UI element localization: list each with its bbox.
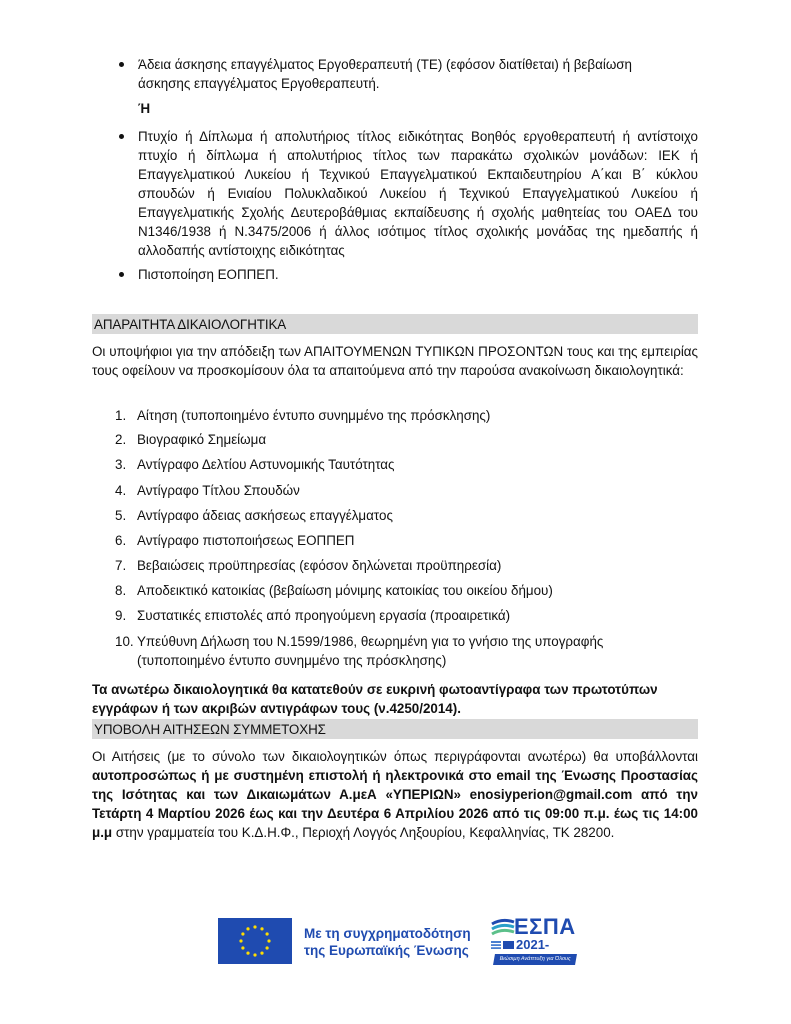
document-page: Άδεια άσκησης επαγγέλματος Εργοθεραπευτή… [0, 0, 791, 1024]
required-docs-note: Τα ανωτέρω δικαιολογητικά θα κατατεθούν … [92, 680, 692, 718]
greece-eu-flags-icon [491, 941, 515, 949]
required-docs-intro: Οι υποψήφιοι για την απόδειξη των ΑΠΑΙΤΟ… [92, 342, 698, 380]
required-document-item: 10.Υπεύθυνη Δήλωση του Ν.1599/1986, θεωρ… [115, 632, 675, 670]
required-document-item: 5.Αντίγραφο άδειας ασκήσεως επαγγέλματος [115, 506, 675, 525]
espa-title: ΕΣΠΑ [514, 916, 576, 938]
or-separator: Ή [138, 99, 150, 118]
qualification-bullet: Πιστοποίηση ΕΟΠΠΕΠ. [116, 265, 698, 284]
bullet-text: Πιστοποίηση ΕΟΠΠΕΠ. [138, 265, 698, 284]
submission-paragraph: Οι Αιτήσεις (με το σύνολο των δικαιολογη… [92, 747, 698, 842]
item-text: Αντίγραφο πιστοποιήσεως ΕΟΠΠΕΠ [137, 531, 675, 550]
item-text: Βεβαιώσεις προϋπηρεσίας (εφόσον δηλώνετα… [137, 556, 675, 575]
espa-slogan: Βιώσιμη Ανάπτυξη για Όλους [493, 954, 577, 965]
item-number: 2. [115, 430, 126, 449]
item-number: 6. [115, 531, 126, 550]
section-heading-submission: ΥΠΟΒΟΛΗ ΑΙΤΗΣΕΩΝ ΣΥΜΜΕΤΟΧΗΣ [92, 719, 698, 739]
eu-caption-line1: Με τη συγχρηματοδότηση [304, 925, 471, 942]
espa-logo: ΕΣΠΑ 2021-2027 Βιώσιμη Ανάπτυξη για Όλου… [490, 916, 576, 968]
item-number: 4. [115, 481, 126, 500]
item-number: 10. [115, 632, 134, 651]
item-text: Αποδεικτικό κατοικίας (βεβαίωση μόνιμης … [137, 581, 675, 600]
required-document-item: 2.Βιογραφικό Σημείωμα [115, 430, 675, 449]
required-document-item: 4.Αντίγραφο Τίτλου Σπουδών [115, 481, 675, 500]
section-heading-required-documents: ΑΠΑΡΑΙΤΗΤΑ ΔΙΚΑΙΟΛΟΓΗΤΙΚΑ [92, 314, 698, 334]
bullet-text: Πτυχίο ή Δίπλωμα ή απολυτήριος τίτλος ει… [138, 127, 698, 260]
submission-text-location: στην γραμματεία του Κ.Δ.Η.Φ., Περιοχή Λο… [112, 825, 614, 840]
item-text: Αντίγραφο Τίτλου Σπουδών [137, 481, 675, 500]
item-number: 1. [115, 406, 126, 425]
item-text: Αντίγραφο Δελτίου Αστυνομικής Ταυτότητας [137, 455, 675, 474]
eu-cofunding-caption: Με τη συγχρηματοδότηση της Ευρωπαϊκής Έν… [304, 925, 471, 959]
section-heading-text: ΥΠΟΒΟΛΗ ΑΙΤΗΣΕΩΝ ΣΥΜΜΕΤΟΧΗΣ [94, 720, 326, 739]
item-number: 9. [115, 606, 126, 625]
required-document-item: 8.Αποδεικτικό κατοικίας (βεβαίωση μόνιμη… [115, 581, 675, 600]
bullet-text: Άδεια άσκησης επαγγέλματος Εργοθεραπευτή… [138, 55, 678, 93]
required-document-item: 7.Βεβαιώσεις προϋπηρεσίας (εφόσον δηλώνε… [115, 556, 675, 575]
item-text: Συστατικές επιστολές από προηγούμενη εργ… [137, 606, 675, 625]
eu-caption-line2: της Ευρωπαϊκής Ένωσης [304, 942, 471, 959]
item-text: Βιογραφικό Σημείωμα [137, 430, 675, 449]
item-text: Υπεύθυνη Δήλωση του Ν.1599/1986, θεωρημέ… [137, 632, 657, 670]
qualification-bullet: Πτυχίο ή Δίπλωμα ή απολυτήριος τίτλος ει… [116, 127, 698, 260]
funding-footer: Με τη συγχρηματοδότηση της Ευρωπαϊκής Έν… [218, 916, 578, 968]
section-heading-text: ΑΠΑΡΑΙΤΗΤΑ ΔΙΚΑΙΟΛΟΓΗΤΙΚΑ [94, 315, 286, 334]
item-text: Αντίγραφο άδειας ασκήσεως επαγγέλματος [137, 506, 675, 525]
required-document-item: 6.Αντίγραφο πιστοποιήσεως ΕΟΠΠΕΠ [115, 531, 675, 550]
item-number: 5. [115, 506, 126, 525]
qualification-bullet: Άδεια άσκησης επαγγέλματος Εργοθεραπευτή… [116, 55, 698, 93]
item-number: 8. [115, 581, 126, 600]
required-document-item: 9.Συστατικές επιστολές από προηγούμενη ε… [115, 606, 675, 625]
item-number: 3. [115, 455, 126, 474]
submission-text-intro: Οι Αιτήσεις (με το σύνολο των δικαιολογη… [92, 749, 698, 764]
item-text: Αίτηση (τυποποιημένο έντυπο συνημμένο τη… [137, 406, 675, 425]
required-document-item: 3.Αντίγραφο Δελτίου Αστυνομικής Ταυτότητ… [115, 455, 675, 474]
required-document-item: 1.Αίτηση (τυποποιημένο έντυπο συνημμένο … [115, 406, 675, 425]
item-number: 7. [115, 556, 126, 575]
eu-flag-icon [218, 918, 292, 964]
